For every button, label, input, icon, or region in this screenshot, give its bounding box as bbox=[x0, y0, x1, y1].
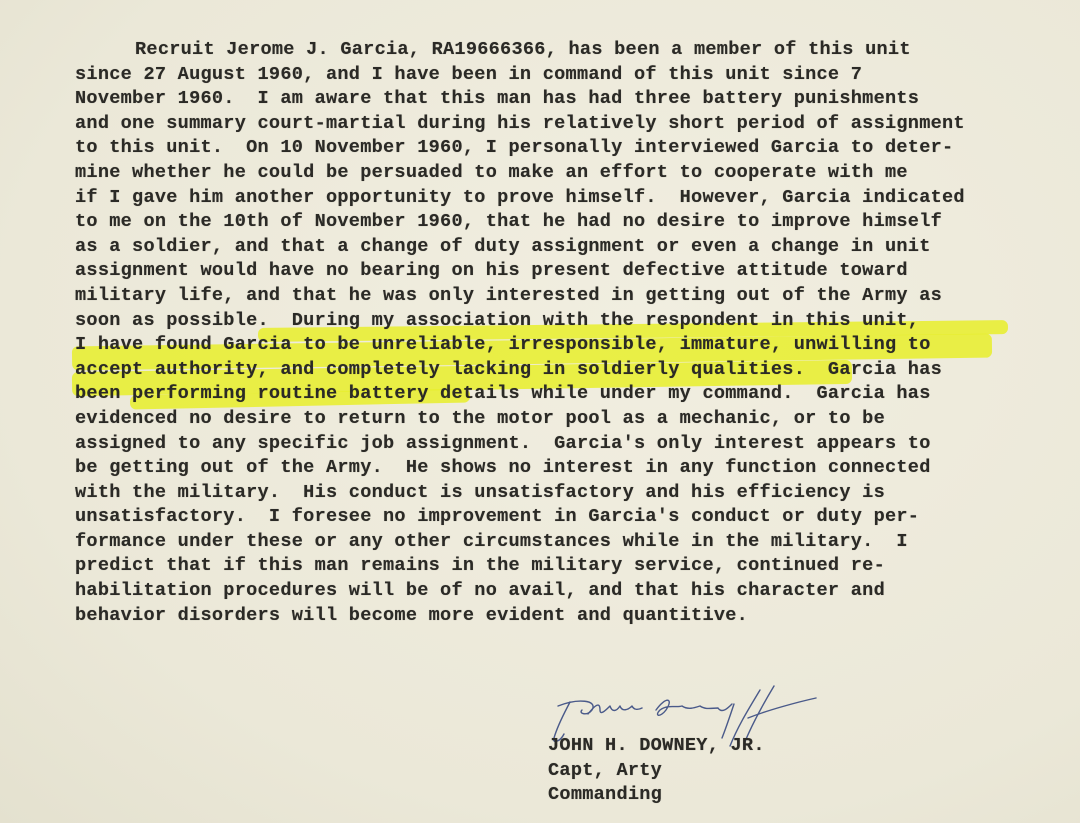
body-line: November 1960. I am aware that this man … bbox=[75, 87, 1065, 112]
body-line: habilitation procedures will be of no av… bbox=[75, 579, 1065, 604]
body-line: assigned to any specific job assignment.… bbox=[75, 432, 1065, 457]
signature-block: JOHN H. DOWNEY, JR. Capt, Arty Commandin… bbox=[548, 734, 765, 808]
body-line: assignment would have no bearing on his … bbox=[75, 259, 1065, 284]
body-line: unsatisfactory. I foresee no improvement… bbox=[75, 505, 1065, 530]
body-line: mine whether he could be persuaded to ma… bbox=[75, 161, 1065, 186]
body-line: Recruit Jerome J. Garcia, RA19666366, ha… bbox=[75, 38, 1065, 63]
signer-name: JOHN H. DOWNEY, JR. bbox=[548, 734, 765, 759]
body-line: be getting out of the Army. He shows no … bbox=[75, 456, 1065, 481]
body-line: since 27 August 1960, and I have been in… bbox=[75, 63, 1065, 88]
body-line: behavior disorders will become more evid… bbox=[75, 604, 1065, 629]
body-line: with the military. His conduct is unsati… bbox=[75, 481, 1065, 506]
letter-body: Recruit Jerome J. Garcia, RA19666366, ha… bbox=[75, 38, 1065, 628]
signer-rank: Capt, Arty bbox=[548, 759, 765, 784]
signer-title: Commanding bbox=[548, 783, 765, 808]
body-line: to this unit. On 10 November 1960, I per… bbox=[75, 136, 1065, 161]
body-line: military life, and that he was only inte… bbox=[75, 284, 1065, 309]
body-line: if I gave him another opportunity to pro… bbox=[75, 186, 1065, 211]
body-line: and one summary court-martial during his… bbox=[75, 112, 1065, 137]
body-line: been performing routine battery details … bbox=[75, 382, 1065, 407]
document-page: Recruit Jerome J. Garcia, RA19666366, ha… bbox=[0, 0, 1080, 823]
body-line: soon as possible. During my association … bbox=[75, 309, 1065, 334]
highlighted-line: I have found Garcia to be unreliable, ir… bbox=[75, 333, 1065, 358]
highlighted-line: accept authority, and completely lacking… bbox=[75, 358, 1065, 383]
body-line: predict that if this man remains in the … bbox=[75, 554, 1065, 579]
body-line: as a soldier, and that a change of duty … bbox=[75, 235, 1065, 260]
body-line: to me on the 10th of November 1960, that… bbox=[75, 210, 1065, 235]
body-line: evidenced no desire to return to the mot… bbox=[75, 407, 1065, 432]
body-line: formance under these or any other circum… bbox=[75, 530, 1065, 555]
